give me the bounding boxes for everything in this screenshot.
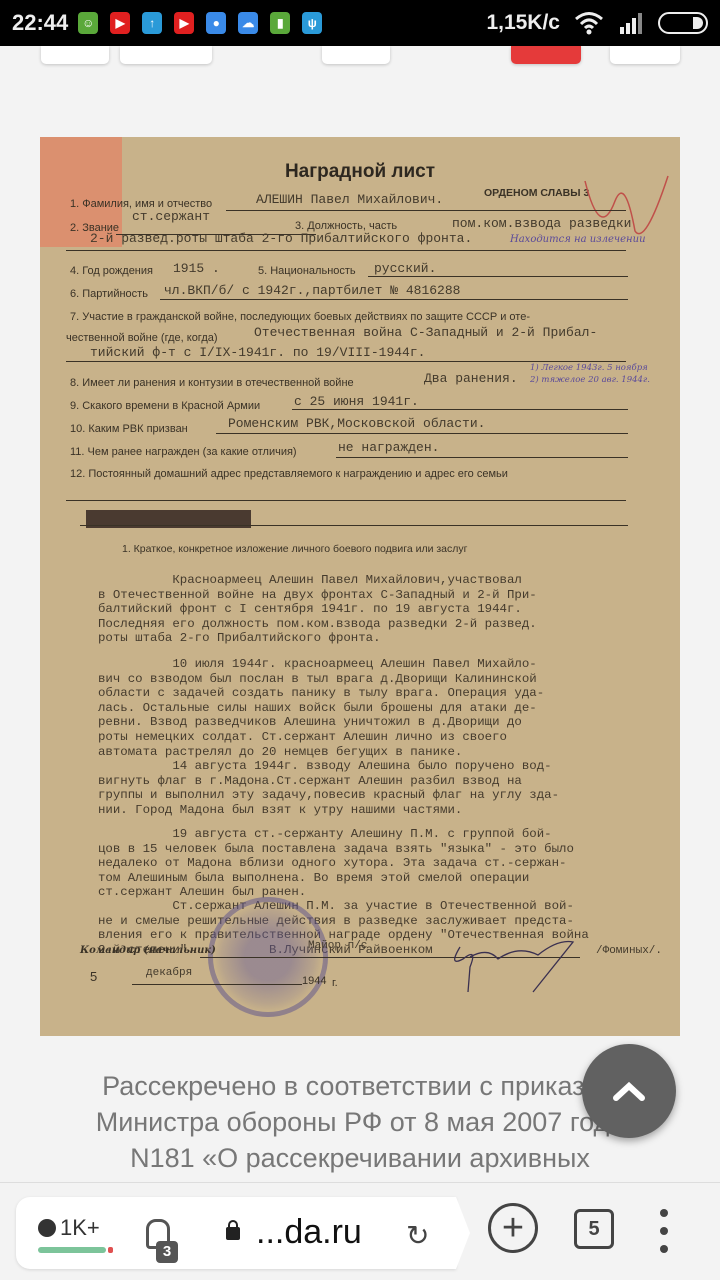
narrative-paragraph-1: Красноармеец Алешин Павел Михайлович,уча…	[98, 573, 537, 646]
clock: 22:44	[12, 10, 68, 36]
handwritten-note: Находится на излечении	[510, 234, 646, 245]
rule	[66, 500, 626, 501]
notice-line: N181 «О рассекречивании архивных	[0, 1140, 720, 1176]
toolbar-button[interactable]	[41, 46, 109, 64]
signal-icon	[618, 12, 644, 34]
field-7-label-b: чественной войне (где, когда)	[66, 332, 218, 344]
chevron-up-icon	[612, 1081, 646, 1101]
usb-icon: ψ	[302, 12, 322, 34]
field-7-value-b: тийский ф-т с I/IX-1941г. по 19/VIII-194…	[90, 345, 425, 360]
notification-icons: ☺▶↑▶●☁▮ψ	[78, 12, 334, 34]
browser-bottom-bar: 1K+ 3 ...da.ru ↻ + 5	[0, 1182, 720, 1280]
date-day: 5	[90, 969, 97, 984]
field-6-label: 6. Партийность	[70, 288, 148, 300]
rule	[336, 457, 628, 458]
order-stamp-text: ОРДЕНОМ СЛАВЫ 3	[484, 187, 589, 199]
comments-button[interactable]: 1K+	[38, 1215, 100, 1241]
date-suffix: г.	[332, 977, 338, 989]
field-3-value: пом.ком.взвода разведки	[452, 216, 631, 231]
toolbar-button[interactable]	[610, 46, 680, 64]
toolbar-button-red[interactable]	[511, 46, 581, 64]
field-3-value-cont: 2-й развед.роты штаба 2-го Прибалтийског…	[90, 231, 472, 246]
youtube-icon: ▶	[174, 12, 194, 34]
shield-badge: 3	[156, 1241, 178, 1263]
field-6-value: чл.ВКП/б/ с 1942г.,партбилет № 4816288	[164, 283, 460, 298]
rule	[368, 276, 628, 277]
chat-bubble-icon: ●	[206, 12, 226, 34]
toolbar-button[interactable]	[120, 46, 212, 64]
rule	[216, 433, 628, 434]
wifi-icon	[574, 11, 604, 35]
award-sheet-image[interactable]: Наградной лист ОРДЕНОМ СЛАВЫ 3 1. Фамили…	[40, 137, 680, 1036]
status-bar: 22:44 ☺▶↑▶●☁▮ψ 1,15K/c	[0, 0, 720, 46]
narrative-paragraph-4: 19 августа ст.-сержанту Алешину П.М. с г…	[98, 827, 574, 900]
field-4-value: 1915 .	[173, 261, 220, 276]
more-menu-icon[interactable]	[658, 1209, 670, 1253]
rule	[66, 250, 626, 251]
field-12-label: 12. Постоянный домашний адрес представля…	[70, 468, 508, 480]
field-2-value: ст.сержант	[132, 209, 210, 224]
new-tab-button[interactable]: +	[488, 1203, 538, 1253]
commander-rank: Майор п/с	[308, 940, 367, 952]
tabs-button[interactable]: 5	[574, 1209, 614, 1249]
battery-app-icon: ▮	[270, 12, 290, 34]
commander-name: /Фоминых/.	[596, 945, 662, 957]
field-4-label: 4. Год рождения	[70, 265, 153, 277]
handwritten-wounds-b: 2) тяжелое 20 авг. 1944г.	[530, 375, 650, 385]
rule	[66, 361, 626, 362]
commander-label: Командир (начальник)	[80, 945, 216, 956]
scroll-to-top-button[interactable]	[582, 1044, 676, 1138]
network-speed: 1,15K/c	[486, 11, 560, 35]
rating-bar	[38, 1247, 106, 1253]
rule	[160, 299, 628, 300]
rule	[226, 210, 626, 211]
signature	[448, 927, 578, 997]
reload-icon[interactable]: ↻	[406, 1219, 429, 1252]
field-5-label: 5. Национальность	[258, 265, 356, 277]
handwritten-wounds-a: 1) Легкое 1943г. 5 ноября	[530, 363, 648, 373]
cloud-icon: ☁	[238, 12, 258, 34]
date-year: 1944	[302, 975, 326, 987]
rating-bar-negative	[108, 1247, 113, 1253]
field-9-value: с 25 июня 1941г.	[294, 394, 419, 409]
field-8-label: 8. Имеет ли ранения и контузии в отечест…	[70, 377, 354, 389]
url-text[interactable]: ...da.ru	[256, 1213, 362, 1252]
rule	[292, 409, 628, 410]
field-7-value-a: Отечественная война С-Западный и 2-й При…	[254, 325, 597, 340]
page-toolbar	[0, 46, 720, 68]
field-7-label-a: 7. Участие в гражданской войне, последую…	[70, 311, 530, 323]
battery-icon	[658, 12, 708, 34]
rule	[80, 525, 628, 526]
field-1-value: АЛЕШИН Павел Михайлович.	[256, 192, 443, 207]
field-10-label: 10. Каким РВК призван	[70, 423, 188, 435]
lock-icon	[226, 1227, 240, 1240]
upload-icon: ↑	[142, 12, 162, 34]
date-month: декабря	[146, 967, 192, 979]
rule	[132, 984, 302, 985]
field-5-value: русский.	[374, 261, 436, 276]
field-11-value: не награжден.	[338, 440, 439, 455]
field-10-value: Роменским РВК,Московской области.	[228, 416, 485, 431]
field-11-label: 11. Чем ранее награжден (за какие отличи…	[70, 446, 297, 458]
youtube-icon: ▶	[110, 12, 130, 34]
toolbar-button[interactable]	[322, 46, 390, 64]
field-8-value: Два ранения.	[424, 371, 518, 386]
narrative-paragraph-3: 14 августа 1944г. взводу Алешина было по…	[98, 759, 559, 817]
address-bar[interactable]: 1K+ 3 ...da.ru ↻	[16, 1197, 456, 1269]
android-robot-icon: ☺	[78, 12, 98, 34]
section-1-heading: 1. Краткое, конкретное изложение личного…	[122, 543, 467, 555]
comments-count: 1K+	[60, 1215, 100, 1241]
chat-bubble-icon	[38, 1219, 56, 1237]
narrative-paragraph-2: 10 июля 1944г. красноармеец Алешин Павел…	[98, 657, 544, 759]
field-9-label: 9. Скакого времени в Красной Армии	[70, 400, 260, 412]
